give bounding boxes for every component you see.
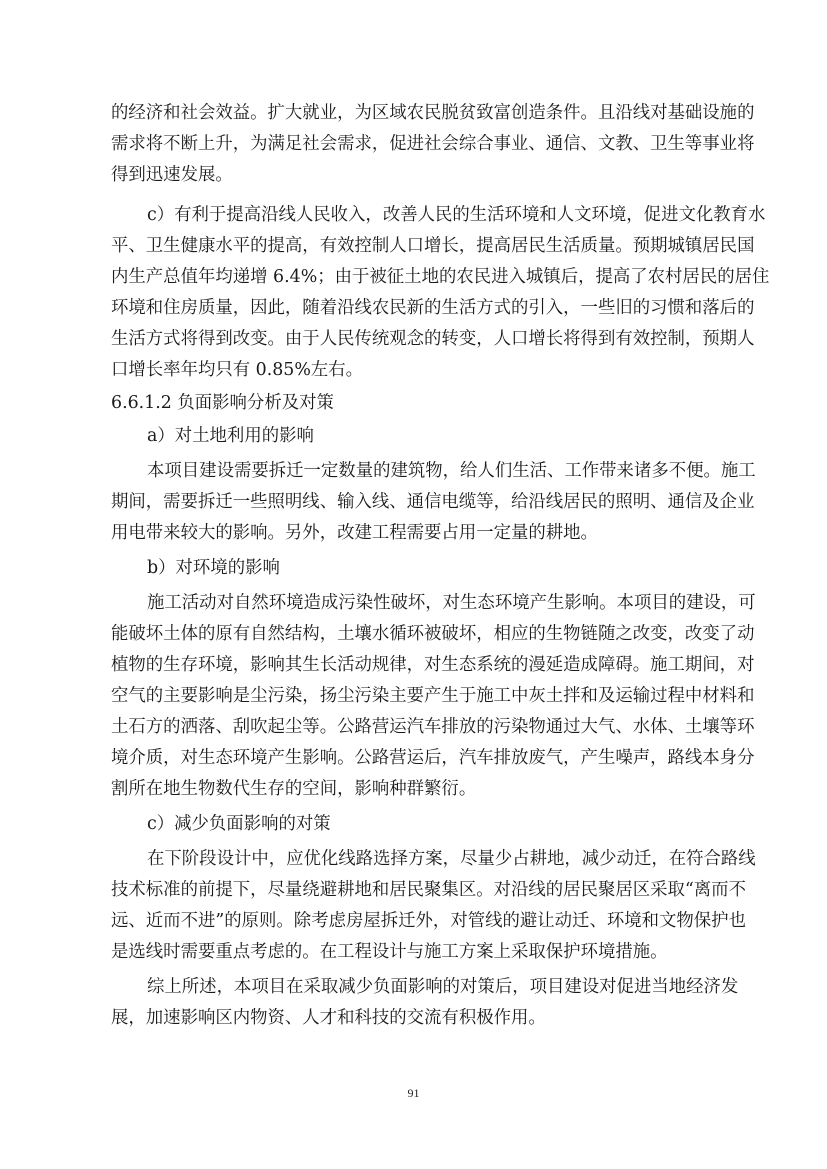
text-line: 内生产总值年均递增 6.4%；由于被征土地的农民进入城镇后，提高了农村居民的居住 [111, 265, 731, 289]
text-line: 本项目建设需要拆迁一定数量的建筑物，给人们生活、工作带来诸多不便。施工 [147, 459, 731, 483]
text-line: 展，加速影响区内物资、人才和科技的交流有积极作用。 [111, 1006, 731, 1030]
text-line: 割所在地生物数代生存的空间，影响种群繁衍。 [111, 777, 731, 801]
text-line: c）减少负面影响的对策 [147, 812, 731, 836]
text-line: 环境和住房质量，因此，随着沿线农民新的生活方式的引入，一些旧的习惯和落后的 [111, 296, 731, 320]
text-line: 土石方的洒落、刮吹起尘等。公路营运汽车排放的污染物通过大气、水体、土壤等环 [111, 715, 731, 739]
text-line: 能破坏土体的原有自然结构，土壤水循环被破坏，相应的生物链随之改变，改变了动 [111, 622, 731, 646]
text-line: 的经济和社会效益。扩大就业，为区域农民脱贫致富创造条件。且沿线对基础设施的 [111, 101, 731, 125]
text-line: 生活方式将得到改变。由于人民传统观念的转变，人口增长将得到有效控制，预期人 [111, 327, 731, 351]
text-line: 用电带来较大的影响。另外，改建工程需要占用一定量的耕地。 [111, 521, 731, 545]
text-line: 平、卫生健康水平的提高，有效控制人口增长，提高居民生活质量。预期城镇居民国 [111, 234, 731, 258]
text-line: 综上所述，本项目在采取减少负面影响的对策后，项目建设对促进当地经济发 [147, 975, 731, 999]
page-number: 91 [0, 1086, 827, 1101]
text-line: c）有利于提高沿线人民收入，改善人民的生活环境和人文环境，促进文化教育水 [147, 203, 731, 227]
text-line: 是选线时需要重点考虑的。在工程设计与施工方案上采取保护环境措施。 [111, 940, 731, 964]
text-line: 得到迅速发展。 [111, 163, 731, 187]
text-line: 远、近而不进”的原则。除考虑房屋拆迁外，对管线的避让动迁、环境和文物保护也 [111, 909, 731, 933]
text-line: 口增长率年均只有 0.85%左右。 [111, 358, 731, 382]
text-line: 境介质，对生态环境产生影响。公路营运后，汽车排放废气，产生噪声，路线本身分 [111, 746, 731, 770]
text-line: 技术标准的前提下，尽量绕避耕地和居民聚集区。对沿线的居民聚居区采取“离而不 [111, 878, 731, 902]
text-line: 在下阶段设计中，应优化线路选择方案，尽量少占耕地，减少动迁，在符合路线 [147, 847, 731, 871]
text-line: 施工活动对自然环境造成污染性破坏，对生态环境产生影响。本项目的建设，可 [147, 591, 731, 615]
text-line: 植物的生存环境，影响其生长活动规律，对生态系统的漫延造成障碍。施工期间，对 [111, 653, 731, 677]
document-page: 的经济和社会效益。扩大就业，为区域农民脱贫致富创造条件。且沿线对基础设施的需求将… [0, 0, 827, 1169]
text-line: a）对土地利用的影响 [147, 424, 731, 448]
text-line: 期间，需要拆迁一些照明线、输入线、通信电缆等，给沿线居民的照明、通信及企业 [111, 490, 731, 514]
text-line: 空气的主要影响是尘污染，扬尘污染主要产生于施工中灰土拌和及运输过程中材料和 [111, 684, 731, 708]
text-line: b）对环境的影响 [147, 556, 731, 580]
text-line: 6.6.1.2 负面影响分析及对策 [111, 391, 731, 415]
text-line: 需求将不断上升，为满足社会需求，促进社会综合事业、通信、文教、卫生等事业将 [111, 132, 731, 156]
